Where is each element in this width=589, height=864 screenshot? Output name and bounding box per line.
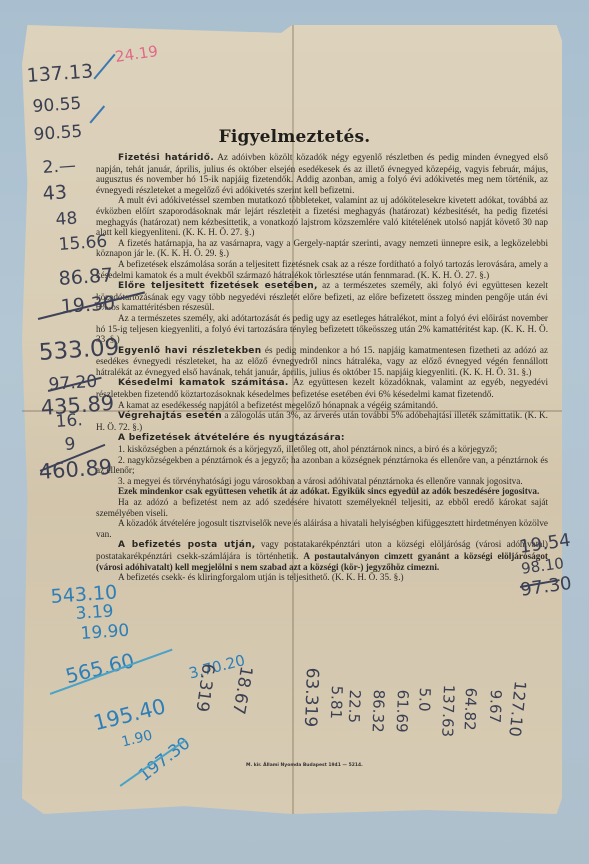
handwritten-number: 19.90	[80, 621, 130, 644]
paragraph-heading: A befizetések átvételére és nyugtázására…	[118, 433, 345, 443]
body-paragraph: Fizetési határidő. Az adóivben közölt kö…	[96, 152, 548, 195]
paragraph-heading: Előre teljesitett fizetések esetében,	[118, 281, 318, 291]
handwritten-number: 64.82	[461, 687, 480, 731]
handwritten-number: 460.89	[38, 455, 113, 484]
document-body: Fizetési határidő. Az adóivben közölt kö…	[96, 152, 548, 583]
handwritten-number: 137.63	[438, 684, 458, 737]
body-paragraph: 2. nagyközségekben a pénztárnok és a jeg…	[96, 455, 548, 476]
handwritten-number: 86.32	[369, 689, 388, 733]
handwritten-number: 15.66	[58, 232, 108, 255]
handwritten-number: 86.87	[58, 264, 114, 290]
handwritten-number: 5.81	[327, 685, 346, 719]
body-paragraph: Ezek mindenkor csak együttesen vehetik á…	[96, 486, 548, 497]
handwritten-number: 61.69	[393, 689, 412, 733]
body-paragraph: 1. kisközségben a pénztárnok és a körjeg…	[96, 444, 548, 455]
handwritten-number: 137.13	[26, 60, 94, 87]
handwritten-number: 9.67	[486, 689, 505, 723]
body-paragraph: Előre teljesitett fizetések esetében, az…	[96, 280, 548, 313]
body-paragraph: 3. a megyei és törvényhatósági jogu váro…	[96, 476, 548, 487]
handwritten-number: 22.5	[345, 689, 364, 723]
body-paragraph: A befizetések átvételére és nyugtázására…	[96, 432, 548, 444]
handwritten-number: 5.0	[415, 687, 434, 711]
document-title: Figyelmeztetés.	[0, 127, 589, 147]
paragraph-heading: A befizetés posta utján,	[118, 540, 256, 550]
handwritten-number: 90.55	[32, 94, 82, 117]
handwritten-number: 3.19	[75, 601, 114, 624]
body-paragraph: A kamat az esedékesség napjától a befize…	[96, 400, 548, 411]
body-paragraph: A befizetés csekk- és kliringforgalom ut…	[96, 572, 548, 583]
handwritten-number: 16.	[55, 410, 83, 432]
printer-imprint: M. kir. Állami Nyomda Budapest 1941 — 52…	[246, 763, 363, 768]
paragraph-heading: Késedelmi kamatok számitása.	[118, 378, 289, 388]
body-paragraph: A közadók átvételére jogosult tisztvisel…	[96, 518, 548, 539]
body-paragraph: Késedelmi kamatok számitása. Az együttes…	[96, 377, 548, 399]
body-paragraph: A befizetés posta utján, vagy postatakar…	[96, 539, 548, 572]
handwritten-number: 63.319	[300, 667, 322, 727]
handwritten-number: 2.—	[42, 156, 77, 178]
handwritten-number: 48	[55, 208, 78, 229]
paragraph-heading: Fizetési határidő.	[118, 153, 214, 163]
emphasized-text: Ezek mindenkor csak együttesen vehetik á…	[118, 486, 539, 496]
body-paragraph: Végrehajtás esetén a zálogolás után 3%, …	[96, 410, 548, 432]
body-paragraph: A fizetés határnapja, ha az vasárnapra, …	[96, 238, 548, 259]
emphasized-text: A postautalványon cimzett gyanánt a közs…	[96, 551, 548, 572]
handwritten-number: 43	[42, 181, 68, 205]
body-paragraph: A mult évi adókivetéssel szemben mutatko…	[96, 195, 548, 237]
paragraph-heading: Egyenlő havi részletekben	[118, 346, 261, 356]
handwritten-number: 90.55	[33, 122, 83, 145]
body-paragraph: Az a természetes személy, aki adótartozá…	[96, 313, 548, 345]
paragraph-heading: Végrehajtás esetén	[118, 411, 222, 421]
handwritten-number: 9	[64, 434, 76, 455]
body-paragraph: Ha az adózó a befizetést nem az adó szed…	[96, 497, 548, 518]
body-paragraph: A befizetések elszámolása során a teljes…	[96, 259, 548, 280]
body-paragraph: Egyenlő havi részletekben és pedig minde…	[96, 345, 548, 378]
